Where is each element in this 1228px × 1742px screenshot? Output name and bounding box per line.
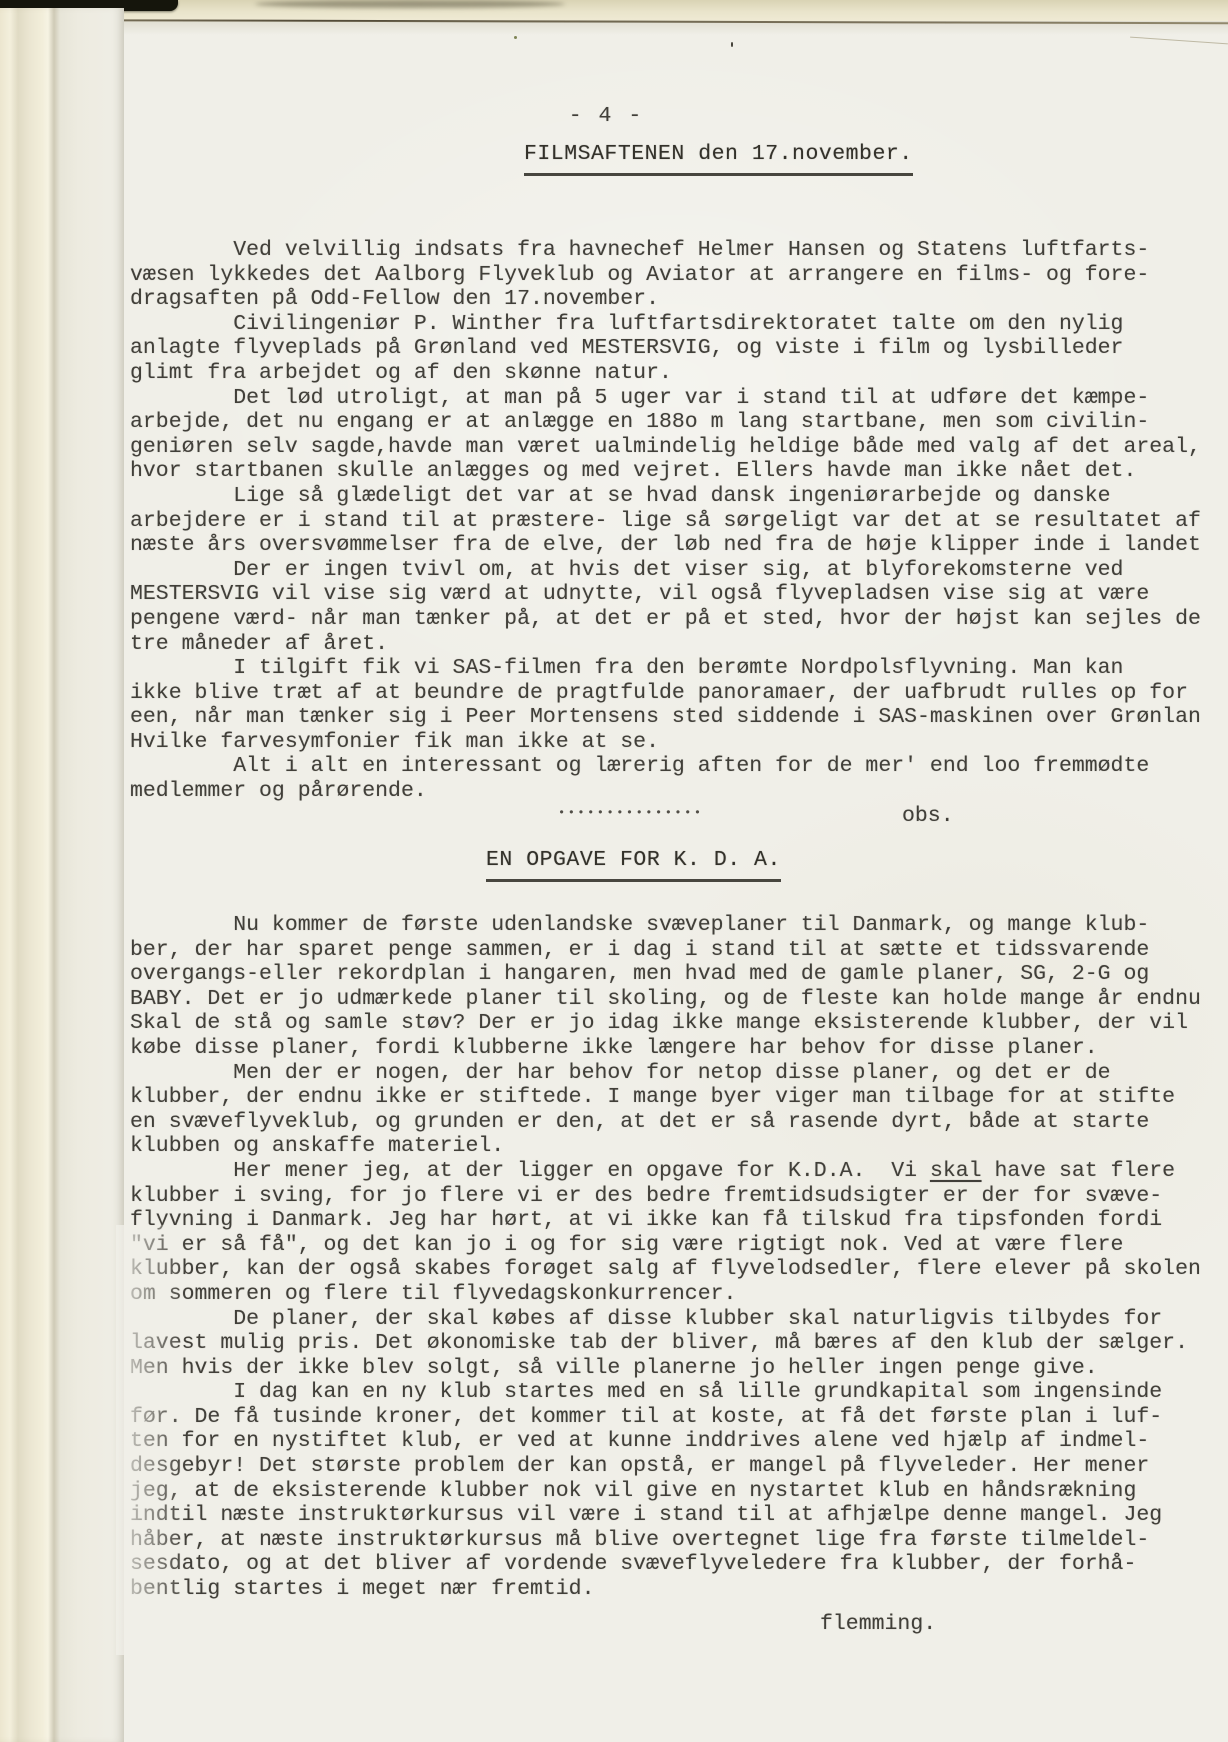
byline-obs: obs.	[902, 804, 954, 829]
typed-line: I dag kan en ny klub startes med en så l…	[130, 1380, 1201, 1405]
typed-line: klubber, kan der også skabes forøget sal…	[130, 1257, 1201, 1282]
typed-line: jeg, at de eksisterende klubber nok vil …	[130, 1479, 1201, 1504]
typed-line: anlagte flyveplads på Grønland ved MESTE…	[130, 336, 1201, 361]
typed-line: hvor startbanen skulle anlægges og med v…	[130, 459, 1201, 484]
typed-line: BABY. Det er jo udmærkede planer til sko…	[130, 987, 1201, 1012]
ink-speck	[731, 42, 733, 47]
typed-line: flyvning i Danmark. Jeg har hørt, at vi …	[130, 1208, 1201, 1233]
page-left-edge	[0, 8, 124, 1742]
top-scan-smudge	[255, 0, 565, 8]
typed-line: arbejdere er i stand til at præstere- li…	[130, 509, 1201, 534]
typed-line: om sommeren og flere til flyvedagskonkur…	[130, 1282, 1201, 1307]
typed-line: MESTERSVIG vil vise sig værd at udnytte,…	[130, 582, 1201, 607]
typed-line: klubber i sving, for jo flere vi er des …	[130, 1184, 1201, 1209]
signature: flemming.	[820, 1612, 936, 1637]
typed-line: Der er ingen tvivl om, at hvis det viser…	[130, 558, 1201, 583]
typed-line: Nu kommer de første udenlandske svævepla…	[130, 913, 1201, 938]
page-top-edge	[0, 0, 1228, 21]
typed-line: bentlig startes i meget nær fremtid.	[130, 1577, 1201, 1602]
typed-line: Men der er nogen, der har behov for neto…	[130, 1061, 1201, 1086]
typed-line: desgebyr! Det største problem der kan op…	[130, 1454, 1201, 1479]
typed-line: De planer, der skal købes af disse klubb…	[130, 1307, 1201, 1332]
typed-line: "vi er så få", og det kan jo i og for si…	[130, 1233, 1201, 1258]
scanned-page: - 4 - FILMSAFTENEN den 17.november. Ved …	[0, 0, 1228, 1742]
typed-line: arbejde, det nu engang er at anlægge en …	[130, 410, 1201, 435]
typed-line: geniøren selv sagde,havde man været ualm…	[130, 435, 1201, 460]
kda-section-title: EN OPGAVE FOR K. D. A.	[486, 848, 781, 882]
page-number: - 4 -	[0, 104, 1212, 129]
typed-line: før. De få tusinde kroner, det kommer ti…	[130, 1405, 1201, 1430]
film-section-title: FILMSAFTENEN den 17.november.	[524, 142, 913, 176]
typed-line: Men hvis der ikke blev solgt, så ville p…	[130, 1356, 1201, 1381]
typed-line: Civilingeniør P. Winther fra luftfartsdi…	[130, 312, 1201, 337]
typed-line: ikke blive træt af at beundre de pragtfu…	[130, 681, 1201, 706]
typed-line: een, når man tænker sig i Peer Mortensen…	[130, 705, 1201, 730]
typed-line: ten for en nystiftet klub, er ved at kun…	[130, 1429, 1201, 1454]
film-section-body: Ved velvillig indsats fra havnechef Helm…	[130, 238, 1201, 804]
typed-line: næste års oversvømmelser fra de elve, de…	[130, 533, 1201, 558]
typed-line: overgangs-eller rekordplan i hangaren, m…	[130, 962, 1201, 987]
typed-line: håber, at næste instruktørkursus må bliv…	[130, 1528, 1201, 1553]
typed-line: Skal de stå og samle støv? Der er jo ida…	[130, 1011, 1201, 1036]
typed-line: I tilgift fik vi SAS-filmen fra den berø…	[130, 656, 1201, 681]
typed-line: sesdato, og at det bliver af vordende sv…	[130, 1552, 1201, 1577]
ink-speck	[514, 36, 517, 39]
typed-line: Hvilke farvesymfonier fik man ikke at se…	[130, 730, 1201, 755]
typed-line: Lige så glædeligt det var at se hvad dan…	[130, 484, 1201, 509]
typed-line: Alt i alt en interessant og lærerig afte…	[130, 754, 1201, 779]
separator-dots: •••••••••••••••	[558, 806, 704, 820]
corner-crease	[1130, 37, 1228, 45]
typed-line: tre måneder af året.	[130, 632, 1201, 657]
typed-line: klubber, der endnu ikke er stiftede. I m…	[130, 1085, 1201, 1110]
typed-line: lavest mulig pris. Det økonomiske tab de…	[130, 1331, 1201, 1356]
typed-line: væsen lykkedes det Aalborg Flyveklub og …	[130, 263, 1201, 288]
typed-line: købe disse planer, fordi klubberne ikke …	[130, 1036, 1201, 1061]
typed-line: Ved velvillig indsats fra havnechef Helm…	[130, 238, 1201, 263]
typed-line: ber, der har sparet penge sammen, er i d…	[130, 938, 1201, 963]
typed-line: Her mener jeg, at der ligger en opgave f…	[130, 1159, 1201, 1184]
typed-line: Det lød utroligt, at man på 5 uger var i…	[130, 386, 1201, 411]
page-top-shading	[0, 21, 1228, 35]
typed-line: indtil næste instruktørkursus vil være i…	[130, 1503, 1201, 1528]
typed-line: glimt fra arbejdet og af den skønne natu…	[130, 361, 1201, 386]
typed-line: en svæveflyveklub, og grunden er den, at…	[130, 1110, 1201, 1135]
typed-line: medlemmer og pårørende.	[130, 779, 1201, 804]
typed-line: klubben og anskaffe materiel.	[130, 1134, 1201, 1159]
typed-line: pengene værd- når man tænker på, at det …	[130, 607, 1201, 632]
typed-line: dragsaften på Odd-Fellow den 17.november…	[130, 287, 1201, 312]
kda-section-body: Nu kommer de første udenlandske svævepla…	[130, 913, 1201, 1602]
